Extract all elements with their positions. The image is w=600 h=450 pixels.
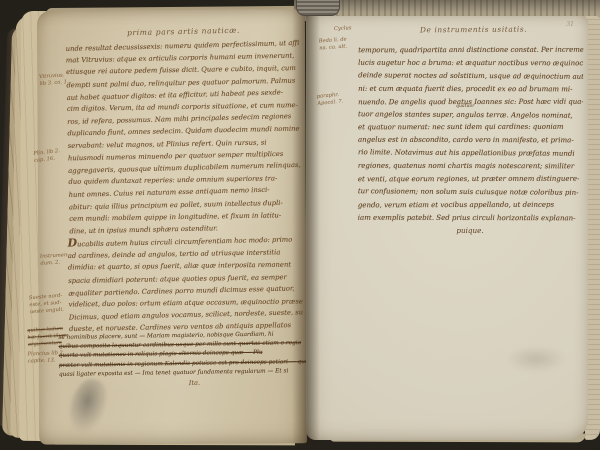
left-page-heading: prima pars artis nauticæ. <box>67 24 300 38</box>
manuscript-line: lucis augetur hoc a bruma: et æquatur no… <box>358 57 583 70</box>
spine-headband <box>296 0 340 16</box>
left-page-tail-word: Ita. <box>189 379 201 387</box>
left-page-paragraph-1: unde resultat decussissexis: numeru quid… <box>66 38 304 238</box>
margin-note-winds: Sueste nord-este, et sud-ueste anguli. <box>29 292 72 315</box>
manuscript-line: tur confusionem; non solum suis cuiusque… <box>358 185 583 199</box>
manuscript-line: deinde superat noctes ad solstitium, usq… <box>358 69 583 83</box>
manuscript-line: regiones, quatenus nomi chartis magis no… <box>358 160 583 173</box>
margin-note-instrument: Instrumen-dum. 2. <box>40 251 83 267</box>
right-page: 31 De instrumentis usitatis. temporum, q… <box>306 16 588 440</box>
right-page-text: temporum, quadripartita anni distinction… <box>358 44 583 225</box>
manuscript-line: gendo, verum etiam et vocibus appellando… <box>358 199 583 212</box>
manuscript-line: iam exemplis patebit. Sed prius circuli … <box>358 211 583 224</box>
right-page-tail-word: puique. <box>358 226 582 235</box>
interlinear-correction: quatuor <box>456 104 474 109</box>
ink-smudge <box>65 375 111 437</box>
manuscript-line: et quatuor numerat: nec sunt idem qui ca… <box>358 121 583 134</box>
paper-stain <box>506 346 566 372</box>
photo-background: prima pars artis nauticæ. unde resultat … <box>0 0 600 450</box>
manuscript-line: et venti, atque eorum regiones, ut præte… <box>358 173 583 186</box>
margin-note-plancius: Plancius lib 2.capite. 13. <box>27 350 70 365</box>
manuscript-line: rio limite. Notavimus aut his appellatio… <box>358 146 583 160</box>
margin-note-beda: Beda li. dena. ca. ult. <box>319 36 362 52</box>
manuscript-line: ni: et cum æquata fuerit dies, procedit … <box>358 82 583 95</box>
right-page-heading: De instrumentis usitatis. <box>358 24 582 35</box>
left-page-paragraph-2: Ducabilis autem huius circuli circumfere… <box>67 233 303 336</box>
left-page-corrections: se hominibus placere, sunt — Mariam magi… <box>58 330 311 380</box>
manuscript-line: temporum, quadripartita anni distinction… <box>358 44 583 57</box>
left-page: prima pars artis nauticæ. unde resultat … <box>37 9 307 444</box>
margin-note-struck: quibus ludumhæ fuerit illumargumentum <box>27 325 70 348</box>
margin-note-apocalypse: paraphr.Apocal. 7. <box>316 90 359 107</box>
